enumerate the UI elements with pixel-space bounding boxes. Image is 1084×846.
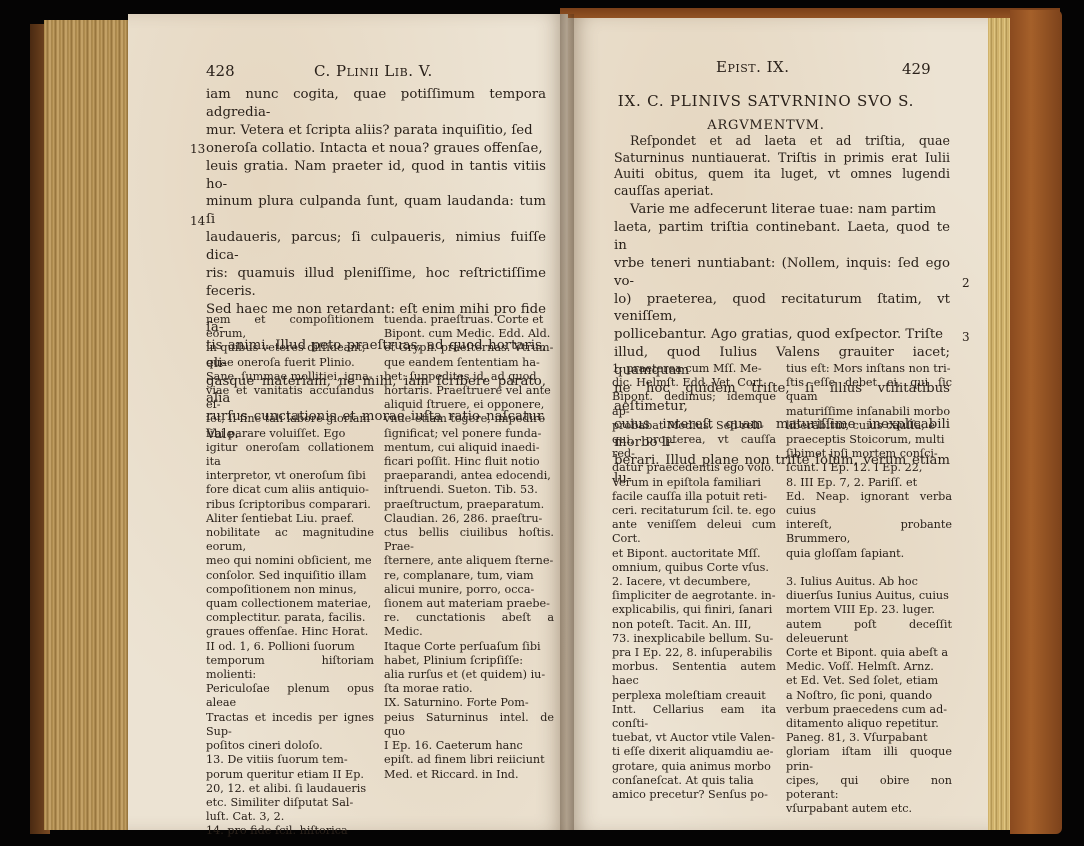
text-line: ris: quamuis illud pleniſſime, hoc reſtr… <box>206 265 546 301</box>
left-running-head: C. Plinii Lib. V. <box>314 62 433 80</box>
note-line: explicabilis, qui finiri, ſanari <box>612 603 776 617</box>
note-line: habet, Plinium ſcripſiſſe: <box>384 654 554 668</box>
note-line: graues offenſae. Hinc Horat. <box>206 625 374 639</box>
page-edges-right <box>988 18 1010 830</box>
margin-number: 14 <box>190 214 205 228</box>
note-line: ſignificat; vel ponere funda- <box>384 427 554 441</box>
note-line: luſt. Cat. 3, 2. <box>206 810 374 824</box>
note-line: re. cunctationis abeſt a Medic. <box>384 611 554 639</box>
note-line: mentum, cui aliquid inaedi- <box>384 441 554 455</box>
note-line: omnium, quibus Corte vſus. <box>612 561 776 575</box>
margin-number: 13 <box>190 142 205 156</box>
argument-text: Reſpondet et ad laeta et ad triſtia, qua… <box>614 133 950 199</box>
note-line: ſternere, ante aliquem ſterne- <box>384 554 554 568</box>
note-line: 3. Iulius Auitus. Ab hoc <box>786 575 952 589</box>
note-line: intereſt, probante Brummero, <box>786 518 952 546</box>
note-line: ſtis eſſe debet ei, qui ſic quam <box>786 376 952 404</box>
note-line: I Ep. 16. Caeterum hanc <box>384 739 554 753</box>
note-line: et Gryph. praeſternas. Vtrum- <box>384 341 554 355</box>
text-line: leuis gratia. Nam praeter id, quod in ta… <box>206 158 546 194</box>
note-line: nem et compoſitionem eorum, <box>206 313 374 341</box>
note-line: porum queritur etiam II Ep. <box>206 768 374 782</box>
note-line: 13. De vitiis ſuorum tem- <box>206 753 374 767</box>
right-notes-column-2: tius eſt: Mors inſtans non tri- ſtis eſſ… <box>786 362 952 816</box>
note-line: verbum praecedens cum ad- <box>786 703 952 717</box>
note-line: autem poſt deceſſit deleuerunt <box>786 618 952 646</box>
note-line: Periculoſae plenum opus aleae <box>206 682 374 710</box>
note-line: ante veniſſem deleui cum Cort. <box>612 518 776 546</box>
note-line: Itaque Corte perſuaſum ſibi <box>384 640 554 654</box>
note-line: bet: ſuppedites id, ad quod <box>384 370 554 384</box>
note-line: peius Saturninus intel. de quo <box>384 711 554 739</box>
note-line: ſionem aut materiam praebe- <box>384 597 554 611</box>
note-line: alicui munire, porro, occa- <box>384 583 554 597</box>
text-line: iam nunc cogita, quae potiſſimum tempora… <box>206 86 546 122</box>
note-line: ſibimet ipſi mortem conſci- <box>786 447 952 461</box>
text-line: laeta, partim triſtia continebant. Laeta… <box>614 219 950 255</box>
argument-heading: ARGVMENTVM. <box>606 118 926 133</box>
book-cover-right <box>1010 10 1062 834</box>
note-line: maturiſſime inſanabili morbo <box>786 405 952 419</box>
note-line: Intt. Cellarius eam ita conſti- <box>612 703 776 731</box>
note-line: vſurpabant autem etc. <box>786 802 952 816</box>
left-page-number: 428 <box>206 62 235 80</box>
note-line: vnde etiam tegere, impedire <box>384 412 554 426</box>
note-line: pra I Ep. 22, 8. inſuperabilis <box>612 646 776 660</box>
note-line: nobilitate ac magnitudine eorum, <box>206 526 374 554</box>
note-line: Bipont. dedimus; idemque ap- <box>612 390 776 418</box>
note-line: qui, propterea, vt cauſſa red- <box>612 433 776 461</box>
note-line: perplexa moleſtiam creauit <box>612 689 776 703</box>
note-line: cipes, qui obire non poterant: <box>786 774 952 802</box>
note-line: Med. et Riccard. in Ind. <box>384 768 554 782</box>
note-line: alia rurſus et (et quidem) iu- <box>384 668 554 682</box>
note-line: ſimpliciter de aegrotante. in- <box>612 589 776 603</box>
text-line: pollicebantur. Ago gratias, quod exſpect… <box>614 326 950 344</box>
left-notes-column-1: nem et compoſitionem eorum, in quibus ve… <box>206 313 374 839</box>
note-line: datur praecedentis ego volo. <box>612 461 776 475</box>
left-notes-column-2: tuenda. praeſtruas. Corte et Bipont. cum… <box>384 313 554 782</box>
note-line: ſibi parare voluiſſet. Ego <box>206 427 374 441</box>
note-line: Medic. Voſſ. Helmſt. Arnz. <box>786 660 952 674</box>
note-line: 1. praeterea cum Mſſ. Me- <box>612 362 776 376</box>
note-line: facile cauſſa illa potuit reti- <box>612 490 776 504</box>
right-running-head: Epist. IX. <box>716 58 789 76</box>
note-line: ribus ſcriptoribus comparari. <box>206 498 374 512</box>
note-line: a Noſtro, ſic poni, quando <box>786 689 952 703</box>
page-edges-left <box>44 20 128 830</box>
note-line: ceri. recitaturum ſcil. te. ego <box>612 504 776 518</box>
note-line: quam collectionem materiae, <box>206 597 374 611</box>
note-line: ctus bellis ciuilibus hoſtis. Prae- <box>384 526 554 554</box>
note-line: conſaneſcat. At quis talia <box>612 774 776 788</box>
note-line: Corte et Bipont. quia abeſt a <box>786 646 952 660</box>
note-line: temporum hiſtoriam molienti: <box>206 654 374 682</box>
note-line: grotare, quia animus morbo <box>612 760 776 774</box>
note-line: Sane, ſummae mollitiei, igna- <box>206 370 374 384</box>
note-line: praeparandi, antea edocendi, <box>384 469 554 483</box>
note-line: interpretor, vt oneroſum ſibi <box>206 469 374 483</box>
note-line: probabat Modius. Sed reli- <box>612 419 776 433</box>
note-line: Claudian. 26, 286. praeſtru- <box>384 512 554 526</box>
note-line: re, complanare, tum, viam <box>384 569 554 583</box>
note-line: ficari poſſit. Hinc fluit notio <box>384 455 554 469</box>
note-line: ti eſſe dixerit aliquamdiu ae- <box>612 745 776 759</box>
note-line: gloriam iſtam illi quoque prin- <box>786 745 952 773</box>
margin-number: 3 <box>962 330 970 344</box>
note-spacer <box>786 561 952 575</box>
text-line: mur. Vetera et ſcripta aliis? parata inq… <box>206 122 546 140</box>
note-line: II od. 1, 6. Pollioni ſuorum <box>206 640 374 654</box>
note-line: tius eſt: Mors inſtans non tri- <box>786 362 952 376</box>
note-line: meo qui nomini obſicient, me <box>206 554 374 568</box>
note-line: tuenda. praeſtruas. Corte et <box>384 313 554 327</box>
note-line: poſitos cineri doloſo. <box>206 739 374 753</box>
note-line: 14. pro fide ſcil. hiſtorica <box>206 824 374 838</box>
note-line: et Ed. Vet. Sed ſolet, etiam <box>786 674 952 688</box>
note-line: amico precetur? Senſus po- <box>612 788 776 802</box>
note-line: hortaris. Praeſtruere vel ante <box>384 384 554 398</box>
note-line: epiſt. ad finem libri reiiciunt <box>384 753 554 767</box>
note-line: 73. inexplicabile bellum. Su- <box>612 632 776 646</box>
note-line: conſolor. Sed inquiſitio illam <box>206 569 374 583</box>
note-line: Bipont. cum Medic. Edd. Ald. <box>384 327 554 341</box>
note-line: 20, 12. et alibi. ſi laudaueris <box>206 782 374 796</box>
letter-title: IX. C. PLINIVS SATVRNINO SVO S. <box>606 92 926 110</box>
text-line: oneroſa collatio. Intacta et noua? graue… <box>206 140 546 158</box>
note-line: compoſitionem non minus, <box>206 583 374 597</box>
note-line: praeſtructum, praeparatum. <box>384 498 554 512</box>
note-line: Verum in epiſtola familiari <box>612 476 776 490</box>
note-line: aliquid ſtruere, ei opponere, <box>384 398 554 412</box>
note-line: 8. III Ep. 7, 2. Pariſſ. et <box>786 476 952 490</box>
note-line: IX. Saturnino. Forte Pom- <box>384 696 554 710</box>
book-gutter <box>560 14 574 830</box>
note-line: quae oneroſa fuerit Plinio. <box>206 356 374 370</box>
note-line: Paneg. 81, 3. Vſurpabant <box>786 731 952 745</box>
note-line: tuebat, vt Auctor vtile Valen- <box>612 731 776 745</box>
note-line: Tractas et incedis per ignes Sup- <box>206 711 374 739</box>
note-line: non poteſt. Tacit. An. III, <box>612 618 776 632</box>
note-line: ſcunt. I Ep. 12. I Ep. 22, <box>786 461 952 475</box>
note-line: igitur oneroſam collationem ita <box>206 441 374 469</box>
right-page-number: 429 <box>902 60 931 78</box>
note-line: ditamento aliquo repetitur. <box>786 717 952 731</box>
note-line: fore dicat cum aliis antiquio- <box>206 483 374 497</box>
note-line: quia gloſſam ſapiant. <box>786 547 952 561</box>
note-line: que eandem ſententiam ha- <box>384 356 554 370</box>
note-line: ſta morae ratio. <box>384 682 554 696</box>
note-line: etc. Similiter diſputat Sal- <box>206 796 374 810</box>
note-line: diuerſus Iunius Auitus, cuius <box>786 589 952 603</box>
text-line: laudaueris, parcus; ſi culpaueris, nimiu… <box>206 229 546 265</box>
note-line: mortem VIII Ep. 23. luger. <box>786 603 952 617</box>
text-line: minum plura culpanda ſunt, quam laudanda… <box>206 193 546 229</box>
note-line: praeceptis Stoicorum, multi <box>786 433 952 447</box>
note-line: ſet, ſi ſine tali labore gloriam <box>206 412 374 426</box>
text-line: vrbe teneri nuntiabant: (Nollem, inquis:… <box>614 255 950 291</box>
note-line: viae et vanitatis accuſandus eſ- <box>206 384 374 412</box>
note-line: in quibus veteres diſſideant, <box>206 341 374 355</box>
note-line: morbus. Sententia autem haec <box>612 660 776 688</box>
note-line: Aliter ſentiebat Liu. praef. <box>206 512 374 526</box>
margin-number: 2 <box>962 276 970 290</box>
text-line: Varie me adfecerunt literae tuae: nam pa… <box>614 201 950 219</box>
text-line: lo) praeterea, quod recitaturum ſtatim, … <box>614 291 950 327</box>
note-line: dic. Helmſt. Edd. Vet. Cort. <box>612 376 776 390</box>
note-line: Ed. Neap. ignorant verba cuius <box>786 490 952 518</box>
note-line: liberabitur, cuius cauſſa, e <box>786 419 952 433</box>
note-line: complectitur. parata, facilis. <box>206 611 374 625</box>
right-notes-column-1: 1. praeterea cum Mſſ. Me- dic. Helmſt. E… <box>612 362 776 802</box>
note-line: et Bipont. auctoritate Mſſ. <box>612 547 776 561</box>
note-line: inſtruendi. Sueton. Tib. 53. <box>384 483 554 497</box>
note-line: 2. Iacere, vt decumbere, <box>612 575 776 589</box>
